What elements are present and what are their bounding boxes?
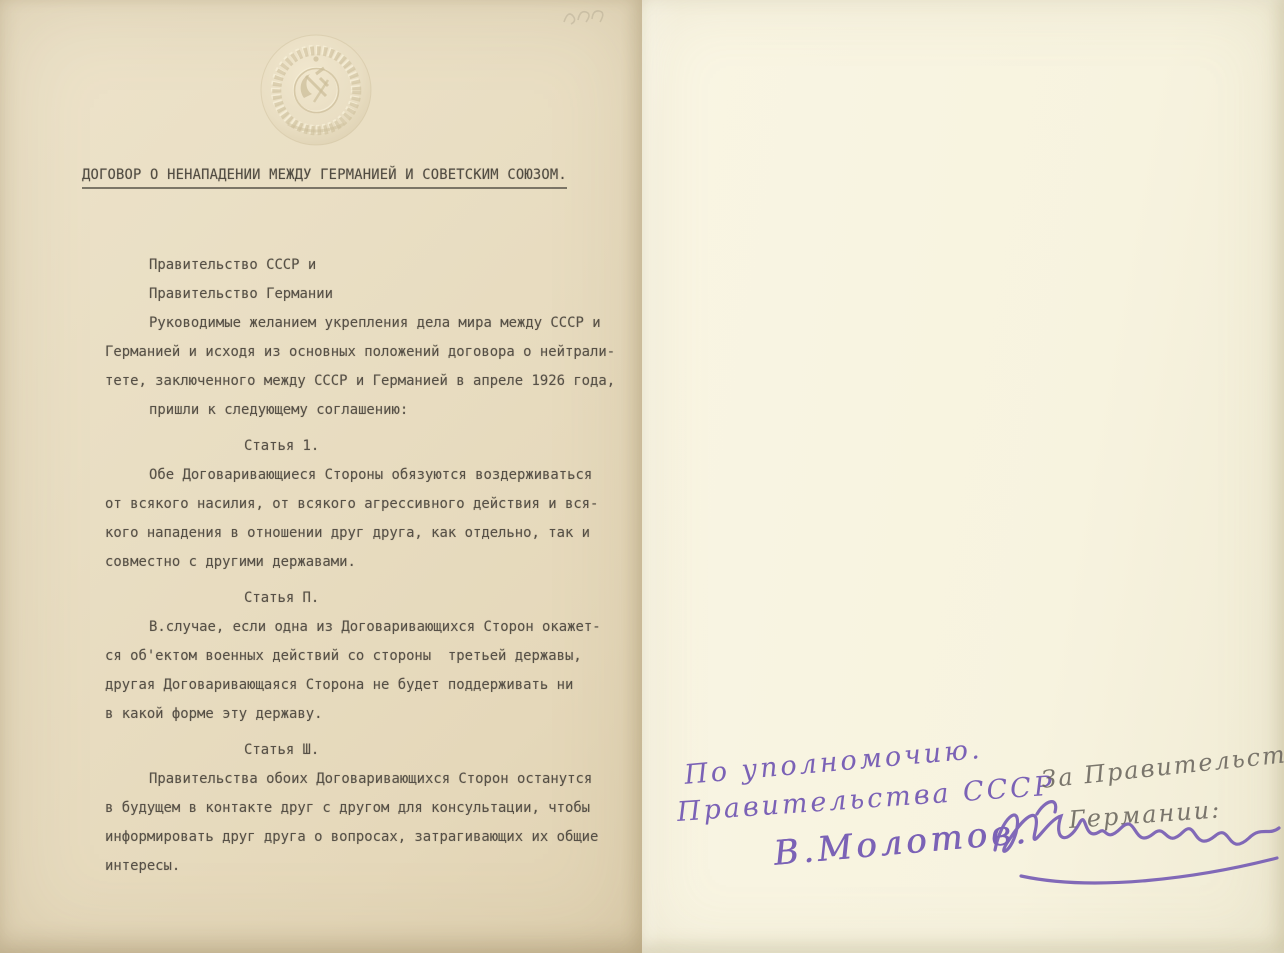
text-line: Статья Ш. [105, 736, 633, 765]
treaty-scan: ДОГОВОР О НЕНАПАДЕНИИ МЕЖДУ ГЕРМАНИЕЙ И … [0, 0, 1284, 953]
text-line: Статья П. [105, 584, 633, 613]
text-line: тете, заключенного между СССР и Германие… [105, 367, 633, 396]
text-line: кого нападения в отношении друг друга, к… [105, 519, 633, 548]
germany-signature-scrawl [985, 778, 1284, 918]
text-line: от всякого насилия, от всякого агрессивн… [105, 490, 633, 519]
text-line: Правительство Германии [105, 280, 633, 309]
text-line: Германией и исходя из основных положений… [105, 338, 633, 367]
treaty-page-1: ДОГОВОР О НЕНАПАДЕНИИ МЕЖДУ ГЕРМАНИЕЙ И … [0, 0, 642, 953]
page-1-body: Правительство СССР иПравительство Герман… [105, 251, 633, 881]
text-line: Обе Договаривающиеся Стороны обязуются в… [105, 461, 633, 490]
text-line: в будущем в контакте друг с другом для к… [105, 794, 633, 823]
text-line: Правительство СССР и [105, 251, 633, 280]
text-line: Статья 1. [105, 432, 633, 461]
text-line: интересы. [105, 852, 633, 881]
text-line: в какой форме эту державу. [105, 700, 633, 729]
text-line: ся об'ектом военных действий со стороны … [105, 642, 633, 671]
text-line: Правительства обоих Договаривающихся Сто… [105, 765, 633, 794]
text-line: совместно с другими державами. [105, 548, 633, 577]
text-line: пришли к следующему соглашению: [105, 396, 633, 425]
faint-pencil-mark [560, 4, 612, 32]
document-title: ДОГОВОР О НЕНАПАДЕНИИ МЕЖДУ ГЕРМАНИЕЙ И … [82, 167, 567, 189]
text-line: Руководимые желанием укрепления дела мир… [105, 309, 633, 338]
text-line: В.случае, если одна из Договаривающихся … [105, 613, 633, 642]
soviet-emblem-icon [258, 32, 374, 148]
text-line: другая Договаривающаяся Сторона не будет… [105, 671, 633, 700]
text-line: информировать друг друга о вопросах, зат… [105, 823, 633, 852]
